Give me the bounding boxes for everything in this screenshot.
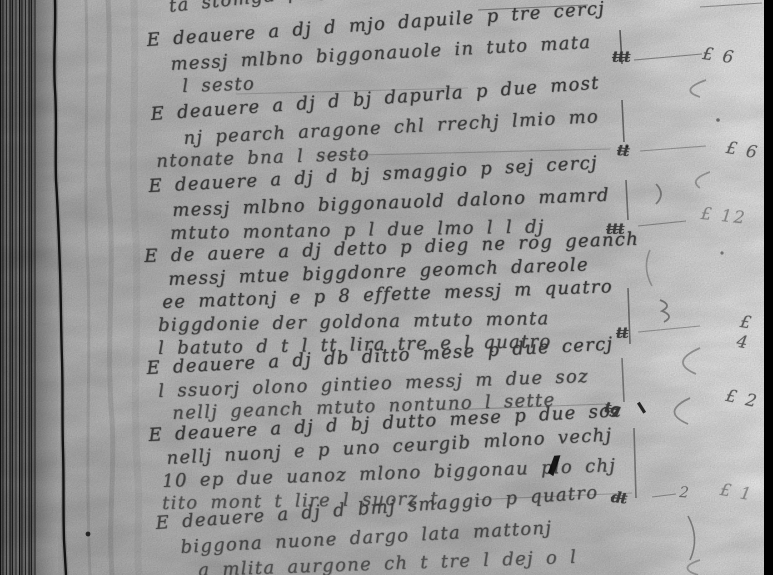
tally-mark: dt xyxy=(610,488,627,508)
manuscript-scan: ta stomga p quatroE deauere a dj d mjo d… xyxy=(0,0,773,575)
book-gutter-edges xyxy=(0,0,36,575)
book-gutter-band xyxy=(36,0,58,575)
tally-mark: tt xyxy=(616,324,628,342)
tally-mark: tt xyxy=(616,141,630,160)
tally-mark: ttt xyxy=(612,48,630,66)
scan-right-border xyxy=(764,0,773,575)
margin-digit: 2 xyxy=(679,483,690,502)
manuscript-line: l sesto xyxy=(182,73,255,97)
